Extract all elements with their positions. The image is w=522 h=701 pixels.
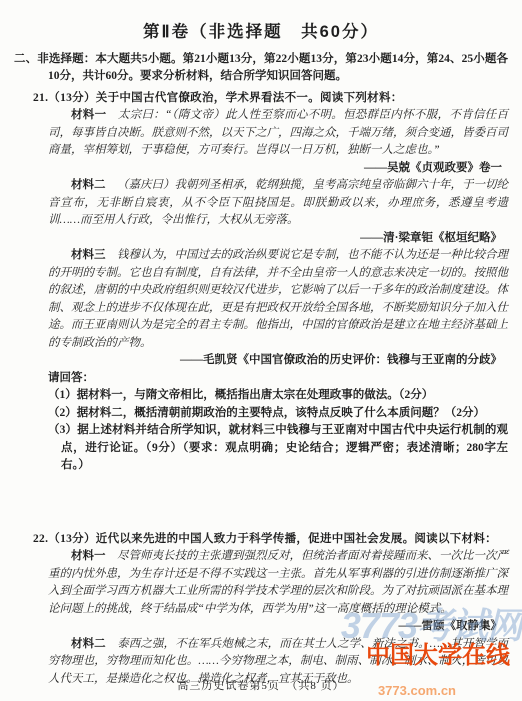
material-text: （嘉庆曰）我朝列圣相承，乾纲独揽，皇考高宗纯皇帝临御六十年，于一切纶音宣布，无非… bbox=[48, 179, 508, 226]
q21-sub-question-1: （1）据材料一，与隋文帝相比，概括指出唐太宗在处理政事的做法。（2分） bbox=[48, 387, 508, 405]
material-text: 钱穆认为，中国过去的政治纵要说它是专制，也不能不认为还是一种比较合理的开明的专制… bbox=[48, 249, 508, 349]
page-footer: 高三历史试卷第5页 （共8 页） bbox=[0, 678, 522, 696]
q22-material-1: 材料一尽管师夷长技的主张遭到强烈反对，但统治者面对着接踵而来、一次比一次严重的内… bbox=[48, 548, 508, 618]
material-label: 材料一 bbox=[71, 550, 106, 562]
material-text: 太宗曰：“（隋文帝）此人性至察而心不明。恒恐群臣内怀不服，不肯信任百司，每事皆自… bbox=[48, 109, 508, 156]
q22-material-1-source: ——雷颐《取静集》 bbox=[48, 618, 508, 636]
q21-material-2: 材料二（嘉庆曰）我朝列圣相承，乾纲独揽，皇考高宗纯皇帝临御六十年，于一切纶音宣布… bbox=[48, 177, 508, 230]
page-title: 第Ⅱ卷（非选择题 共60分） bbox=[14, 24, 508, 42]
q21-material-3: 材料三钱穆认为，中国过去的政治纵要说它是专制，也不能不认为还是一种比较合理的开明… bbox=[48, 247, 508, 352]
section-intro: 二、非选择题：本大题共5小题。第21小题13分，第22小题13分，第23小题14… bbox=[14, 51, 508, 86]
q21-material-3-source: ——毛凯贤《中国官僚政治的历史评价：钱穆与王亚南的分歧》 bbox=[48, 352, 508, 370]
material-label: 材料二 bbox=[71, 638, 106, 650]
q21-sub-question-2: （2）据材料二，概括清朝前期政治的主要特点，该特点反映了什么本质问题？（2分） bbox=[48, 405, 508, 423]
question-22-stem: 22.（13分）近代以来先进的中国人致力于科学传播，促进中国社会发展。阅读以下材… bbox=[33, 531, 508, 549]
material-label: 材料一 bbox=[71, 109, 106, 121]
material-label: 材料二 bbox=[71, 179, 106, 191]
question-22: 22.（13分）近代以来先进的中国人致力于科学传播，促进中国社会发展。阅读以下材… bbox=[48, 531, 508, 689]
q21-sub-question-3: （3）据上述材料并结合所学知识，就材料三中钱穆与王亚南对中国古代中央运行机制的观… bbox=[48, 422, 508, 475]
material-label: 材料三 bbox=[71, 249, 106, 261]
question-21-stem: 21.（13分）关于中国古代官僚政治，学术界看法不一。阅读下列材料： bbox=[33, 90, 508, 108]
exam-paper-page: 第Ⅱ卷（非选择题 共60分） 二、非选择题：本大题共5小题。第21小题13分，第… bbox=[0, 0, 522, 701]
q21-material-2-source: ——清·梁章钜《枢垣纪略》 bbox=[48, 230, 508, 248]
q21-material-1: 材料一太宗曰：“（隋文帝）此人性至察而心不明。恒恐群臣内怀不服，不肯信任百司，每… bbox=[48, 107, 508, 160]
material-text: 尽管师夷长技的主张遭到强烈反对，但统治者面对着接踵而来、一次比一次严重的内忧外患… bbox=[48, 550, 508, 615]
question-21: 21.（13分）关于中国古代官僚政治，学术界看法不一。阅读下列材料： 材料一太宗… bbox=[48, 90, 508, 475]
q21-material-1-source: ——吴兢《贞观政要》卷一 bbox=[48, 160, 508, 178]
q21-answer-prompt: 请回答： bbox=[48, 370, 508, 388]
